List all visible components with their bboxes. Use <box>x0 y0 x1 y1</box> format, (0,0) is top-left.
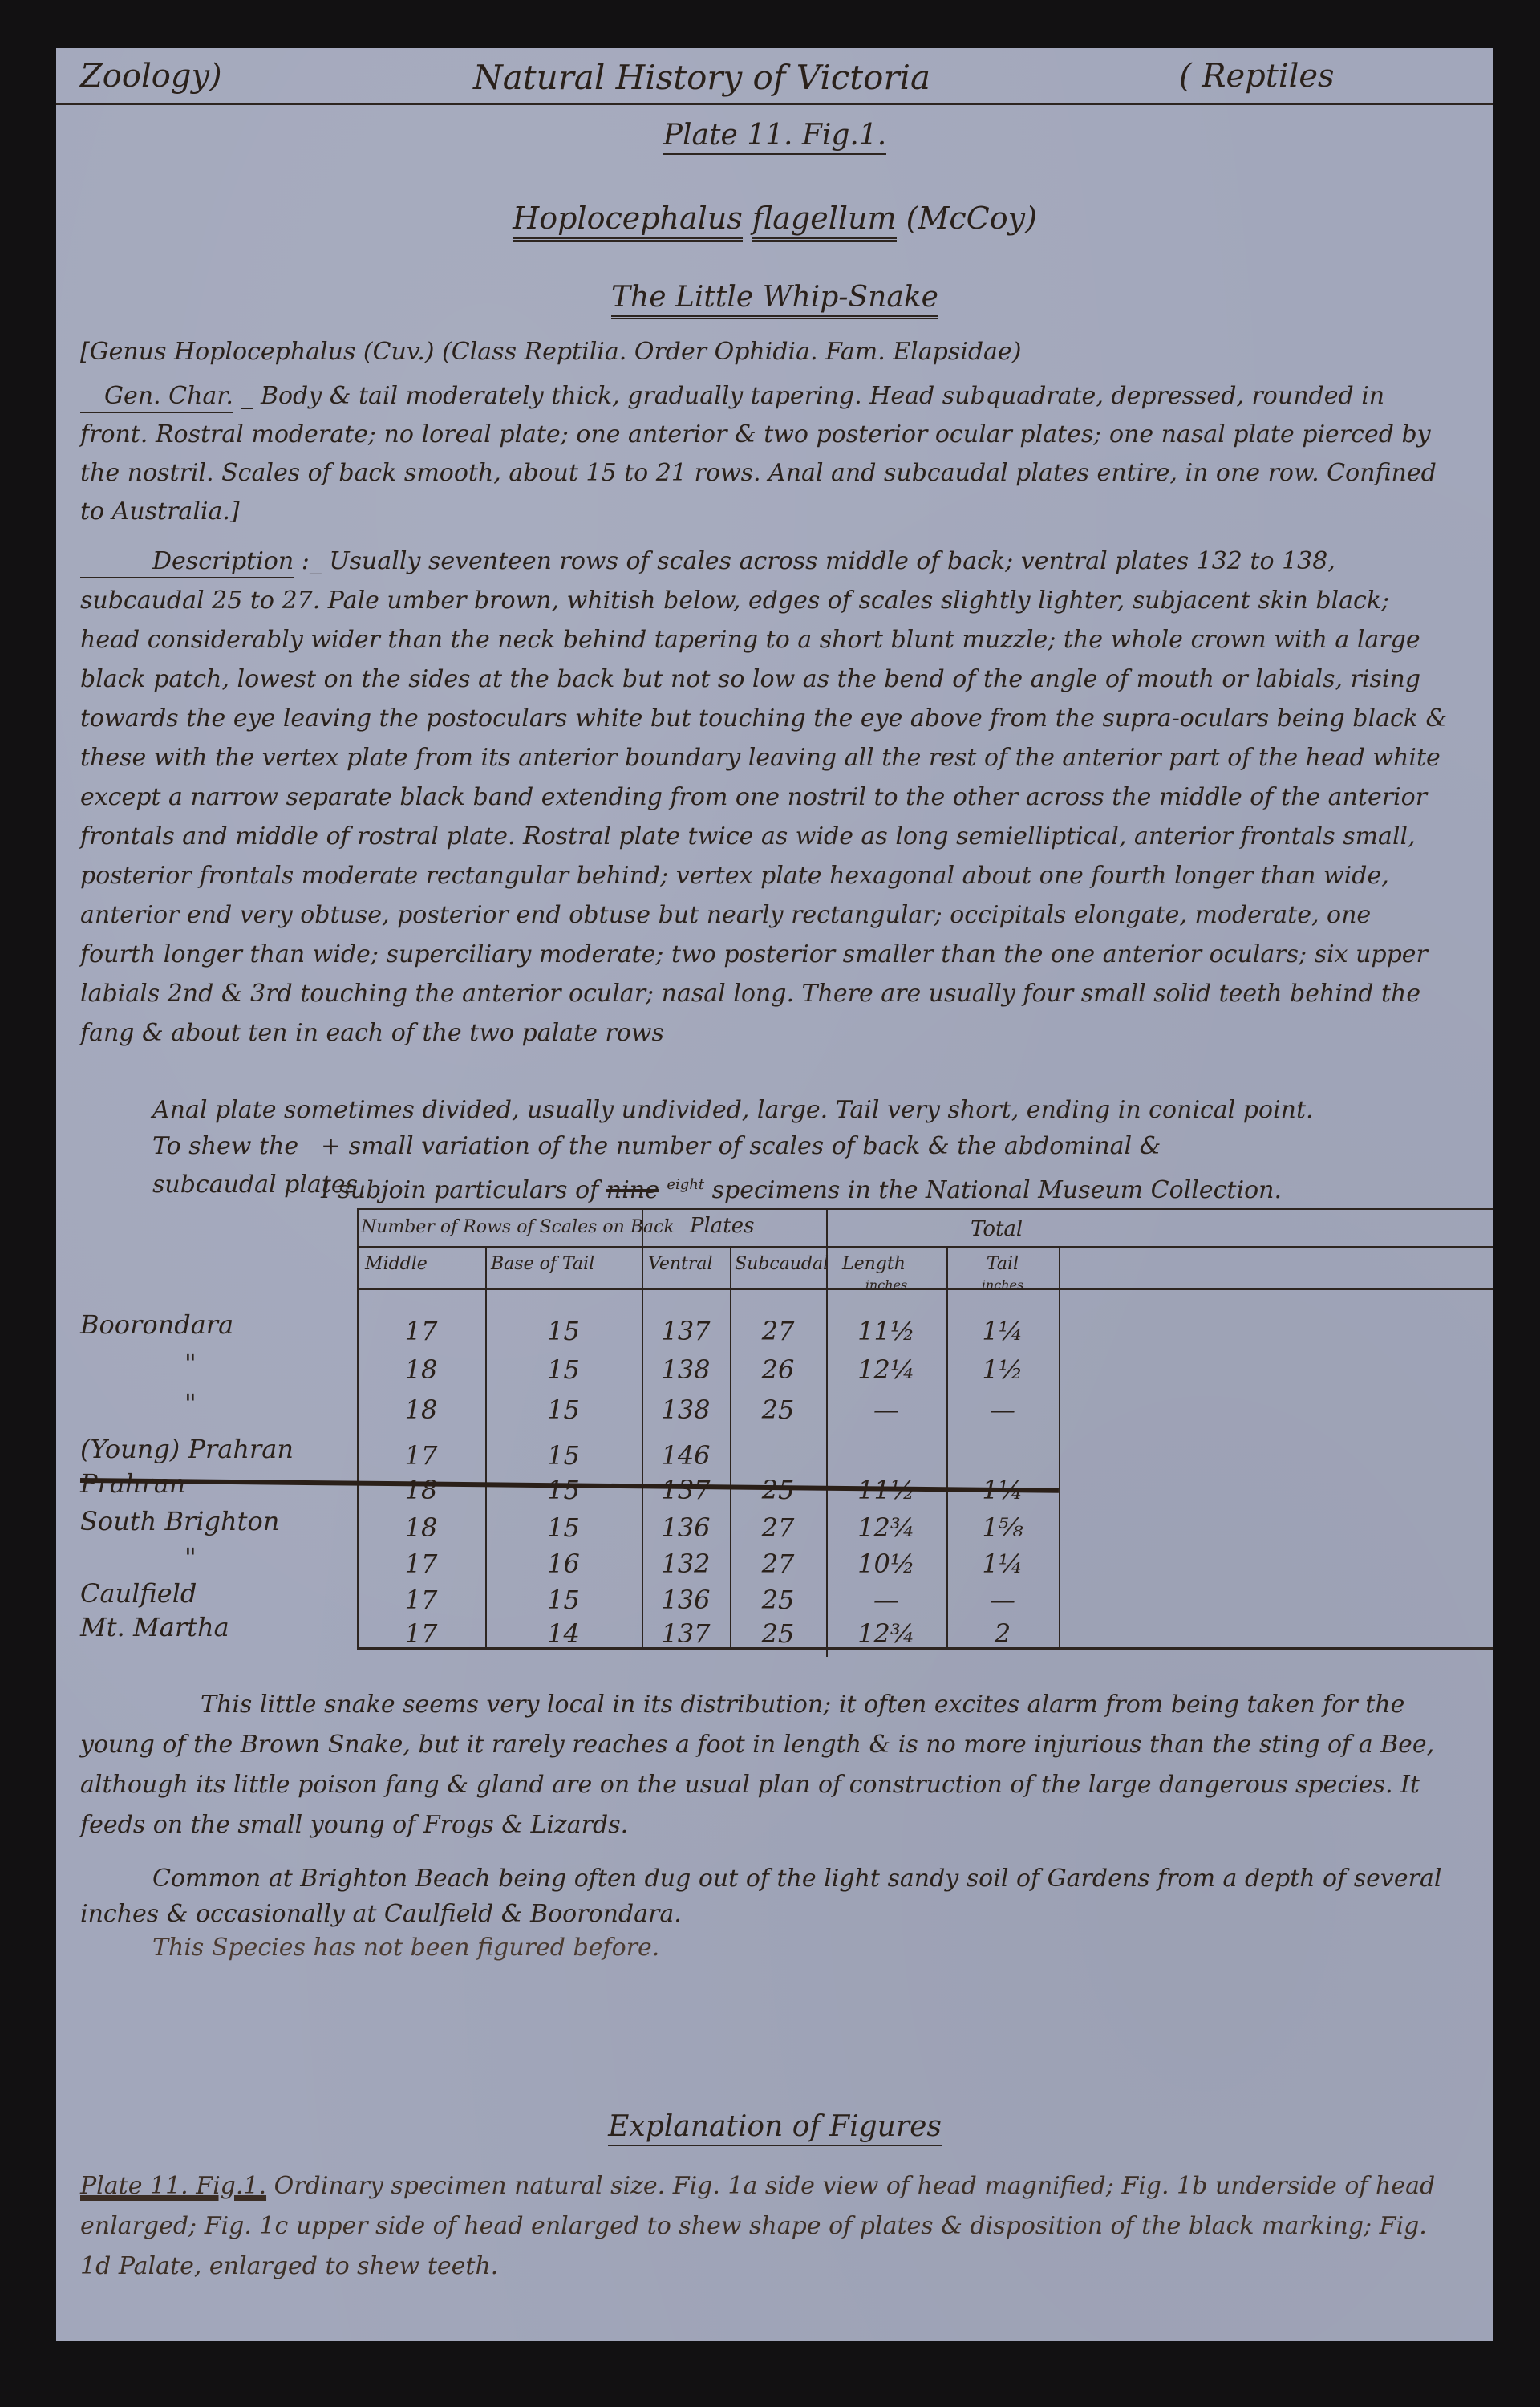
cell-base-of-tail: 16 <box>485 1549 642 1579</box>
to-shew-line1: + small variation of the number of scale… <box>321 1127 1453 1166</box>
description-text: :_ Usually seventeen rows of scales acro… <box>80 547 1447 1047</box>
explanation-title: Explanation of Figures <box>56 2110 1493 2143</box>
to-shew-right: + small variation of the number of scale… <box>321 1127 1453 1210</box>
page-header: Zoology) Natural History of Victoria ( R… <box>56 48 1493 105</box>
table-header-rule <box>357 1246 1493 1248</box>
cell-length: — <box>826 1394 946 1425</box>
to-shew-line2: I subjoin particulars of nine eight spec… <box>321 1166 1453 1210</box>
cell-length: — <box>826 1585 946 1615</box>
tail-label: Tail <box>987 1254 1019 1274</box>
col-header-base-of-tail: Base of Tail <box>491 1254 594 1275</box>
pencil-note: This Species has not been figured before… <box>152 1934 659 1962</box>
cell-middle: 17 <box>357 1618 485 1649</box>
gen-char-text: _ Body & tail moderately thick, graduall… <box>80 382 1437 526</box>
cell-base-of-tail: 15 <box>485 1512 642 1543</box>
cell-middle: 18 <box>357 1354 485 1385</box>
cell-base-of-tail: 15 <box>485 1394 642 1425</box>
to-shew-block: To shew the subcaudal plates + small var… <box>80 1127 1453 1208</box>
col-header-length: Length inches <box>842 1254 930 1296</box>
genus-line: [Genus Hoplocephalus (Cuv.) (Class Repti… <box>80 333 1453 371</box>
to-shew-line2-b: specimens in the National Museum Collect… <box>712 1176 1282 1204</box>
header-plates-group: Plates <box>690 1216 755 1236</box>
cell-middle: 18 <box>357 1475 485 1505</box>
table-col-border <box>357 1208 359 1647</box>
explanation-heading: Explanation of Figures <box>608 2110 942 2146</box>
table-col-border <box>642 1208 643 1647</box>
header-subject: Zoology) <box>80 58 222 95</box>
cell-ventral: 136 <box>642 1512 730 1543</box>
habitat-paragraph: Common at Brighton Beach being often dug… <box>80 1861 1453 1932</box>
header-total-group: Total <box>971 1219 1023 1240</box>
plate-title: Plate 11. Fig.1. <box>56 119 1493 152</box>
cell-tail: 1⅝ <box>946 1512 1059 1543</box>
cell-ventral: 138 <box>642 1354 730 1385</box>
header-title: Natural History of Victoria <box>473 58 930 97</box>
row-locality: (Young) Prahran <box>80 1434 345 1464</box>
cell-ventral: 146 <box>642 1440 730 1471</box>
generic-characters: Gen. Char. _ Body & tail moderately thic… <box>80 377 1453 531</box>
cell-tail: — <box>946 1394 1059 1425</box>
remarks-text: This little snake seems very local in it… <box>80 1691 1434 1839</box>
struck-word: nine <box>606 1176 659 1204</box>
tail-unit: inches <box>962 1275 1043 1296</box>
length-label: Length <box>842 1254 906 1274</box>
cell-ventral: 136 <box>642 1585 730 1615</box>
cell-middle: 17 <box>357 1440 485 1471</box>
cell-length: 10½ <box>826 1549 946 1579</box>
common-name: The Little Whip-Snake <box>611 281 938 319</box>
cell-tail: 1½ <box>946 1354 1059 1385</box>
explanation-paragraph: Plate 11. Fig.1. Ordinary specimen natur… <box>80 2166 1453 2287</box>
cell-base-of-tail: 15 <box>485 1585 642 1615</box>
description-label: Description <box>80 547 294 578</box>
cell-base-of-tail: 15 <box>485 1440 642 1471</box>
table-top-rule <box>357 1208 1493 1210</box>
row-locality: Boorondara <box>80 1309 345 1340</box>
cell-base-of-tail: 14 <box>485 1618 642 1649</box>
cell-subcaudal: 25 <box>730 1394 826 1425</box>
cell-base-of-tail: 15 <box>485 1354 642 1385</box>
cell-middle: 18 <box>357 1394 485 1425</box>
cell-tail: 1¼ <box>946 1316 1059 1346</box>
habitat-text: Common at Brighton Beach being often dug… <box>80 1865 1441 1928</box>
cell-length: 12¾ <box>826 1618 946 1649</box>
species-author: (McCoy) <box>906 201 1037 236</box>
cell-subcaudal: 27 <box>730 1512 826 1543</box>
plate-label: Plate 11. Fig.1. <box>663 119 886 155</box>
cell-middle: 17 <box>357 1549 485 1579</box>
cell-subcaudal: 25 <box>730 1618 826 1649</box>
table-col-border <box>1059 1246 1060 1647</box>
explanation-text: Ordinary specimen natural size. Fig. 1a … <box>80 2172 1435 2280</box>
cell-length: 11½ <box>826 1316 946 1346</box>
row-locality: Mt. Martha <box>80 1612 345 1642</box>
col-header-tail: Tail inches <box>962 1254 1043 1296</box>
cell-middle: 17 <box>357 1316 485 1346</box>
description: Description :_ Usually seventeen rows of… <box>80 542 1453 1053</box>
row-locality: Caulfield <box>80 1578 345 1609</box>
inserted-word: eight <box>667 1176 704 1193</box>
cell-ventral: 138 <box>642 1394 730 1425</box>
to-shew-line2-a: I subjoin particulars of <box>321 1176 598 1204</box>
cell-middle: 17 <box>357 1585 485 1615</box>
cell-tail: 2 <box>946 1618 1059 1649</box>
explanation-lead: Plate 11. Fig.1. <box>80 2172 266 2200</box>
cell-subcaudal: 27 <box>730 1549 826 1579</box>
specimen-table: Number of Rows of Scales on Back Plates … <box>80 1208 1493 1649</box>
cell-length: 12¼ <box>826 1354 946 1385</box>
cell-base-of-tail: 15 <box>485 1316 642 1346</box>
col-header-middle: Middle <box>365 1254 428 1275</box>
cell-tail: 1¼ <box>946 1549 1059 1579</box>
col-header-ventral: Ventral <box>648 1254 713 1275</box>
species-title: Hoplocephalus flagellum (McCoy) <box>56 201 1493 236</box>
species-epithet: flagellum <box>752 201 897 242</box>
cell-ventral: 137 <box>642 1618 730 1649</box>
cell-length: 12¾ <box>826 1512 946 1543</box>
gen-char-label: Gen. Char. <box>80 382 233 413</box>
col-header-subcaudal: Subcaudal <box>735 1254 829 1275</box>
cell-subcaudal: 25 <box>730 1585 826 1615</box>
cell-tail: — <box>946 1585 1059 1615</box>
species-genus: Hoplocephalus <box>513 201 743 242</box>
common-name-title: The Little Whip-Snake <box>56 281 1493 314</box>
remarks-paragraph: This little snake seems very local in it… <box>80 1685 1453 1845</box>
header-class: ( Reptiles <box>1179 58 1335 95</box>
header-scales-group: Number of Rows of Scales on Back <box>361 1217 675 1238</box>
cell-ventral: 137 <box>642 1316 730 1346</box>
manuscript-page: Zoology) Natural History of Victoria ( R… <box>56 48 1493 2341</box>
cell-ventral: 132 <box>642 1549 730 1579</box>
cell-subcaudal: 26 <box>730 1354 826 1385</box>
cell-middle: 18 <box>357 1512 485 1543</box>
cell-ventral: 137 <box>642 1475 730 1505</box>
row-locality: South Brighton <box>80 1506 345 1536</box>
cell-subcaudal: 27 <box>730 1316 826 1346</box>
cell-base-of-tail: 15 <box>485 1475 642 1505</box>
anal-plate-note: Anal plate sometimes divided, usually un… <box>152 1091 1453 1130</box>
length-unit: inches <box>842 1275 930 1296</box>
